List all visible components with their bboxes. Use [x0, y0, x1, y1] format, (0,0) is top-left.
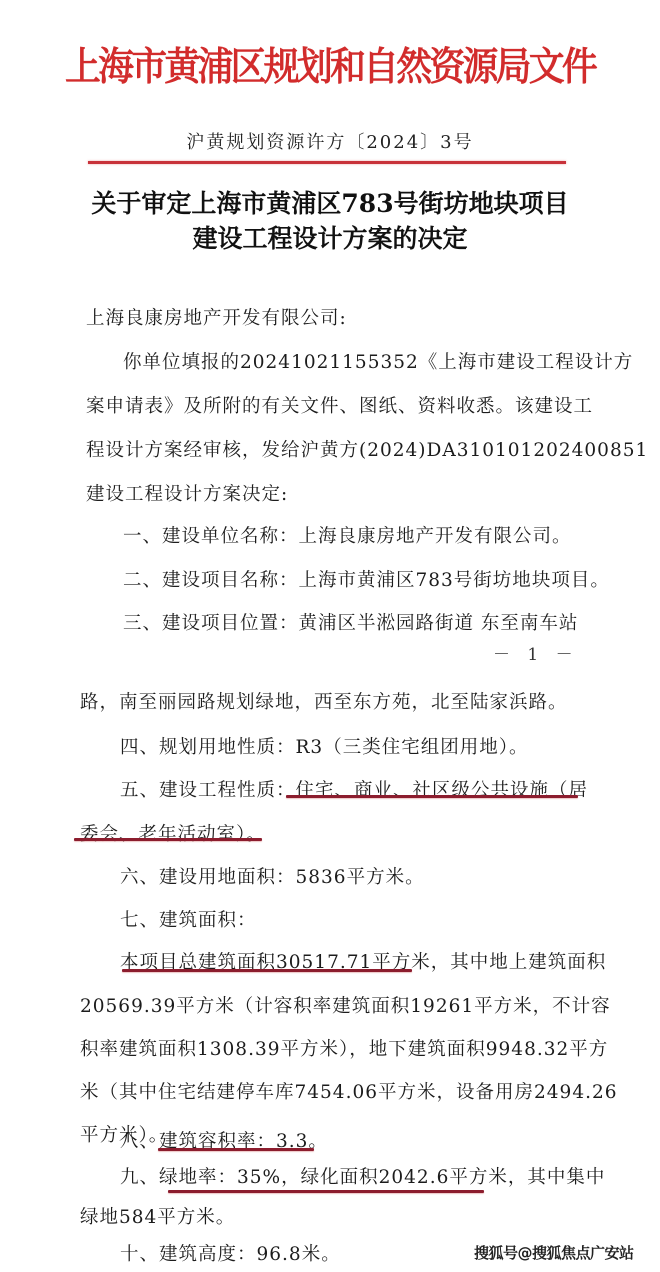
- highlight-underline: [74, 838, 262, 841]
- document-number: 沪黄规划资源许方〔2024〕3号: [0, 128, 660, 154]
- item-6-land-area: 六、建设用地面积：5836平方米。: [120, 863, 425, 889]
- addressee: 上海良康房地产开发有限公司:: [86, 304, 347, 330]
- highlight-underline: [158, 1148, 314, 1151]
- item-9-green-line-1: 九、绿地率：35%，绿化面积2042.6平方米，其中集中: [120, 1163, 605, 1189]
- item-7-line-4: 米（其中住宅结建停车库7454.06平方米，设备用房2494.26: [80, 1078, 618, 1104]
- item-1-construction-unit: 一、建设单位名称：上海良康房地产开发有限公司。: [123, 522, 572, 548]
- header-divider: [88, 161, 566, 164]
- page-number: － 1 －: [493, 640, 579, 665]
- item-7-line-2: 20569.39平方米（计容积率建筑面积19261平方米，不计容: [80, 992, 611, 1018]
- item-9-green-line-2: 绿地584平方米。: [80, 1203, 235, 1229]
- document-title-line-1: 关于审定上海市黄浦区783号街坊地块项目: [0, 184, 660, 220]
- item-7-line-3: 积率建筑面积1308.39平方米），地下建筑面积9948.32平方: [80, 1035, 608, 1061]
- issuer-title: 上海市黄浦区规划和自然资源局文件: [26, 36, 633, 92]
- intro-line-1: 你单位填报的20241021155352《上海市建设工程设计方: [123, 348, 633, 374]
- document-title-line-2: 建设工程设计方案的决定: [0, 219, 660, 255]
- source-watermark: 搜狐号@搜狐焦点广安站: [474, 1242, 634, 1263]
- item-3-location-line-2: 路，南至丽园路规划绿地，西至东方苑，北至陆家浜路。: [80, 688, 568, 714]
- highlight-underline: [122, 969, 412, 972]
- item-3-location-line-1: 三、建设项目位置：黄浦区半淞园路街道 东至南车站: [123, 609, 578, 635]
- item-4-land-use: 四、规划用地性质：R3（三类住宅组团用地）。: [120, 733, 528, 759]
- item-5-nature-line-1: 五、建设工程性质：住宅、商业、社区级公共设施（居: [120, 776, 588, 802]
- intro-line-4: 建设工程设计方案决定:: [86, 480, 288, 506]
- highlight-underline: [286, 795, 578, 798]
- intro-line-3: 程设计方案经审核，发给沪黄方(2024)DA310101202400851: [86, 436, 648, 462]
- item-7-heading: 七、建筑面积：: [120, 906, 257, 932]
- item-10-height: 十、建筑高度：96.8米。: [120, 1240, 341, 1266]
- item-5-nature-line-2: 委会、老年活动室）。: [80, 820, 266, 846]
- highlight-underline: [168, 1190, 484, 1193]
- item-2-project-name: 二、建设项目名称：上海市黄浦区783号街坊地块项目。: [123, 566, 610, 592]
- intro-line-2: 案申请表》及所附的有关文件、图纸、资料收悉。该建设工: [86, 392, 593, 418]
